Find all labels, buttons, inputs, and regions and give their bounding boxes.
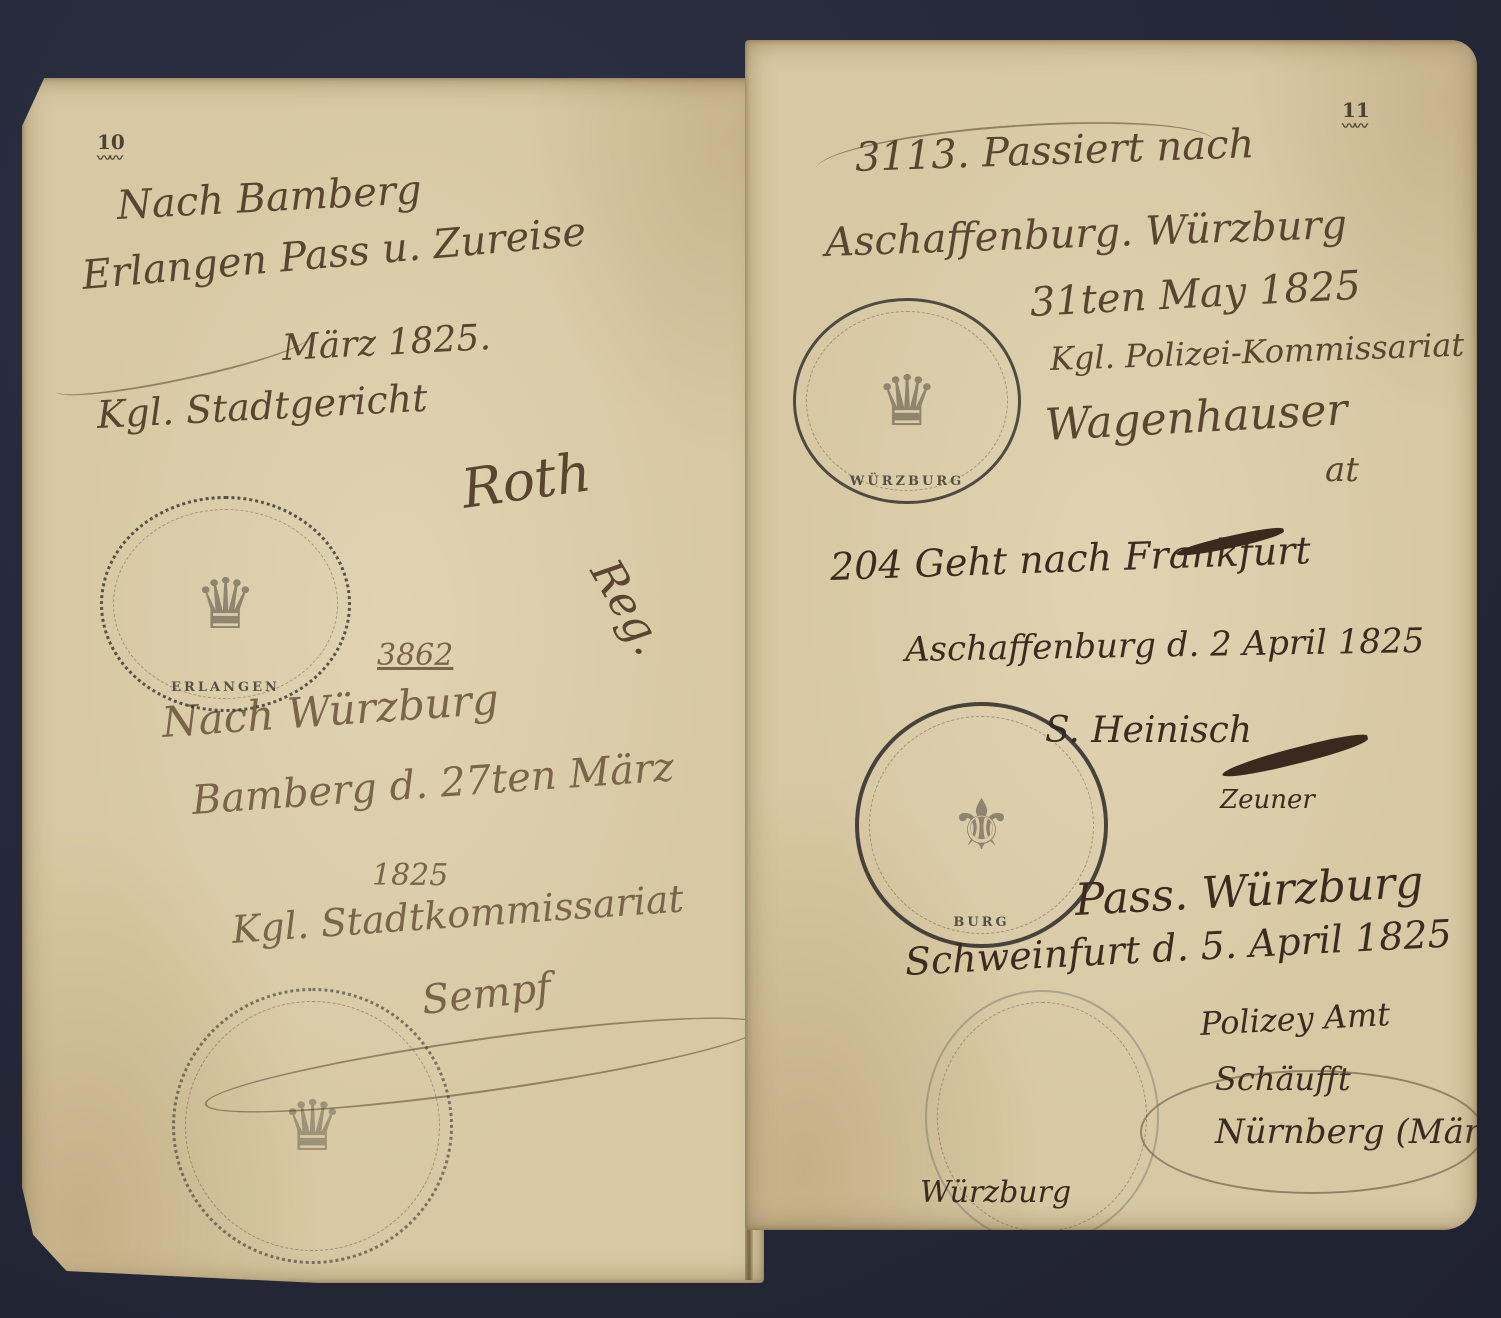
signature-mark: Reg. — [580, 551, 675, 664]
handwritten-line: Nach Bamberg — [116, 167, 423, 229]
crown-arms-icon: ♛ — [281, 1091, 344, 1161]
right-page: 11 〰〰 3113. Passiert nach Aschaffenburg.… — [745, 40, 1477, 1230]
handwritten-line: Kgl. Stadtkommissariat — [230, 876, 685, 951]
crown-arms-icon: ♛ — [876, 366, 939, 436]
stamp-inscription: WÜRZBURG — [850, 474, 964, 489]
page-number-ornament: 〰〰 — [1342, 116, 1370, 136]
handwritten-line: März 1825. — [281, 317, 492, 369]
eagle-arms-icon: ⚜ — [950, 790, 1013, 860]
registration-number: 3862 — [377, 638, 453, 673]
signature: Sempf — [420, 965, 554, 1024]
signature-roth: Roth — [458, 440, 595, 520]
left-page: 10 〰〰 Nach Bamberg Erlangen Pass u. Zure… — [22, 78, 764, 1283]
pen-flourish-oval — [1140, 1070, 1477, 1194]
handwritten-line: Polizey Amt — [1199, 995, 1391, 1043]
handwritten-line: Aschaffenburg d. 2 April 1825 — [905, 621, 1425, 670]
official-stamp-erlangen: ♛ ERLANGEN — [100, 496, 351, 712]
page-number-ornament: 〰〰 — [97, 148, 125, 168]
stamp-inscription: ERLANGEN — [171, 680, 280, 695]
official-stamp-wuerzburg: ♛ WÜRZBURG — [793, 298, 1021, 504]
open-travel-book: 10 〰〰 Nach Bamberg Erlangen Pass u. Zure… — [0, 0, 1501, 1318]
handwritten-line: Bamberg d. 27ten März — [190, 744, 675, 824]
official-stamp-faded: ♛ — [172, 988, 453, 1264]
handwritten-line: Aschaffenburg. Würzburg — [824, 202, 1348, 266]
signature: Zeuner — [1220, 785, 1315, 815]
handwritten-line: 31ten May 1825 — [1029, 263, 1362, 326]
page-number-left: 10 〰〰 — [97, 130, 125, 168]
signature-wagenhauser: Wagenhauser — [1044, 384, 1349, 451]
handwritten-line: at — [1325, 450, 1359, 490]
handwritten-line: 1825 — [372, 858, 448, 893]
handwritten-line: Würzburg — [920, 1175, 1071, 1210]
crown-arms-icon: ♛ — [194, 569, 257, 639]
handwritten-line: 3113. Passiert nach — [854, 121, 1255, 181]
official-stamp-aschaffenburg: ⚜ BURG — [855, 702, 1108, 948]
page-number-right: 11 〰〰 — [1342, 98, 1370, 136]
stamp-inscription: BURG — [953, 915, 1009, 930]
handwritten-line: Kgl. Polizei-Kommissariat — [1049, 326, 1464, 378]
